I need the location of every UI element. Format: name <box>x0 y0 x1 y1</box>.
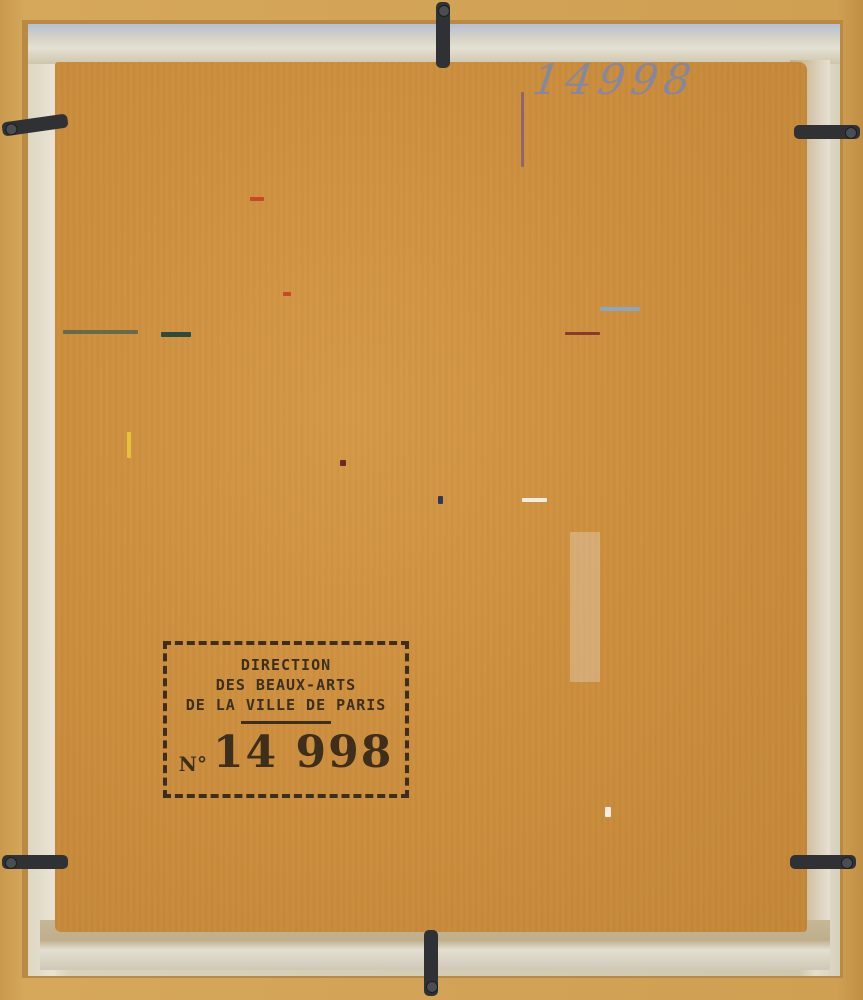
stamp-line-direction: DIRECTION <box>167 655 405 675</box>
paint-speck <box>570 532 600 682</box>
mounting-clip-right-lower <box>790 855 856 869</box>
paint-speck <box>250 197 264 201</box>
stamp-line-beaux-arts: DES BEAUX-ARTS <box>167 675 405 695</box>
mounting-clip-top <box>436 2 450 68</box>
paint-speck <box>283 292 291 296</box>
stretcher-top-edge <box>28 24 840 64</box>
paint-speck <box>605 807 611 817</box>
paint-speck <box>522 498 547 502</box>
mounting-clip-bottom <box>424 930 438 996</box>
stamp-number-prefix: N° <box>179 752 207 776</box>
paint-speck <box>521 92 524 167</box>
inventory-stamp: DIRECTION DES BEAUX-ARTS DE LA VILLE DE … <box>163 641 409 798</box>
paint-speck <box>600 307 640 311</box>
mounting-clip-left-lower <box>2 855 68 869</box>
paint-speck <box>438 496 443 504</box>
handwritten-inventory-number: 14998 <box>530 55 700 104</box>
paint-speck <box>340 460 346 466</box>
stamp-line-ville-de-paris: DE LA VILLE DE PARIS <box>167 695 405 715</box>
paint-speck <box>161 332 191 337</box>
wood-panel <box>55 62 807 932</box>
stamp-number: 14 998 <box>213 730 393 776</box>
stamp-number-row: N° 14 998 <box>167 730 405 776</box>
stamp-divider <box>241 721 331 724</box>
paint-speck <box>127 432 131 458</box>
paint-speck <box>63 330 138 334</box>
mounting-clip-right-upper <box>794 125 860 139</box>
paint-speck <box>565 332 600 335</box>
